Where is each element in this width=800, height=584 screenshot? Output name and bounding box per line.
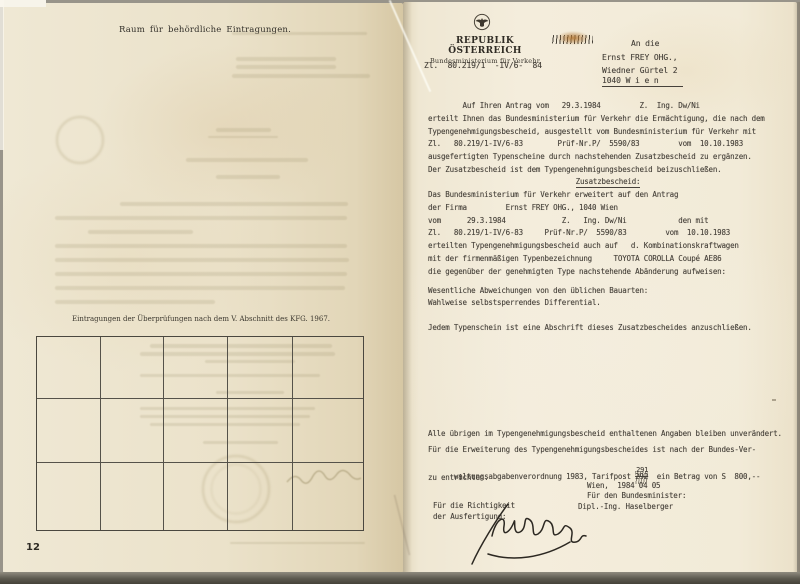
table-cell (101, 463, 164, 530)
bleed-through-line (55, 258, 349, 262)
deviation-heading: Wesentliche Abweichungen von den übliche… (428, 285, 648, 298)
scanner-edge (0, 0, 46, 7)
table-cell (164, 337, 228, 399)
table-cell (228, 463, 293, 530)
bleed-through-line (230, 542, 365, 544)
table-cell (101, 399, 164, 463)
body-line: Typengenehmigungsbescheid, ausgestellt v… (428, 126, 765, 139)
closing-line: Alle übrigen im Typengenehmigungsbeschei… (428, 428, 782, 441)
bleed-through-stamp (56, 116, 104, 164)
closing-line: zu entrichten. (428, 472, 488, 485)
bleed-through-line (236, 57, 336, 61)
decree-paragraph: Das Bundesministerium für Verkehr erweit… (428, 189, 739, 279)
right-page: REPUBLIK ÖSTERREICH Bundesministerium fü… (403, 2, 797, 576)
body-line: der Firma Ernst FREY OHG., 1040 Wien (428, 202, 739, 215)
bleed-through-line (216, 175, 280, 179)
inspection-table (36, 336, 364, 531)
table-cell (37, 337, 101, 399)
table-cell (37, 463, 101, 530)
body-line: Auf Ihren Antrag vom 29.3.1984 Z. Ing. D… (428, 100, 765, 113)
bleed-through-line (88, 230, 193, 234)
table-cell (293, 399, 363, 463)
page-right-edge-shadow (793, 2, 800, 574)
body-line: Zl. 80.219/1-IV/6-83 Prüf-Nr.P/ 5590/83 … (428, 138, 765, 151)
body-line: mit der firmenmäßigen Typenbezeichnung T… (428, 253, 739, 266)
minister-name: Dipl.-Ing. Haselberger (578, 501, 673, 514)
body-line: erteilten Typengenehmigungsbescheid auch… (428, 240, 739, 253)
body-line: Der Zusatzbescheid ist dem Typengenehmig… (428, 164, 765, 177)
bleed-through-line (55, 286, 345, 290)
bleed-through-line (236, 65, 336, 69)
deviation-text: Wahlweise selbstsperrendes Differential. (428, 297, 601, 310)
table-cell (101, 337, 164, 399)
recipient-city: 1040 W i e n (602, 75, 683, 88)
recipient-salutation: An die (631, 38, 659, 51)
bleed-through-line (120, 202, 348, 206)
body-line: Das Bundesministerium für Verkehr erweit… (428, 189, 739, 202)
body-line: die gegenüber der genehmigten Type nachs… (428, 266, 739, 279)
fee-corrected-value: 291 (636, 464, 648, 477)
bleed-through-line (208, 136, 278, 138)
spine-crease (403, 2, 412, 576)
body-line: erteilt Ihnen das Bundesministerium für … (428, 113, 765, 126)
section-heading: Zusatzbescheid: (428, 176, 788, 189)
page-number: 12 (26, 542, 40, 553)
copy-note: Jedem Typenschein ist eine Abschrift die… (428, 322, 752, 335)
scanner-edge (0, 0, 4, 150)
file-number: Zl. 80.219/1 -IV/6- 84 (424, 60, 542, 73)
fee-suffix: ein Betrag von S 800,-- (648, 472, 760, 481)
handwritten-signature (458, 498, 588, 566)
left-page: Raum für behördliche Eintragungen. (3, 3, 403, 573)
scanned-booklet: Raum für behördliche Eintragungen. (0, 0, 800, 584)
bleed-through-line (232, 74, 370, 78)
bleed-through-line (55, 300, 215, 304)
recipient-name: Ernst FREY OHG., (602, 52, 677, 65)
bleed-through-line (55, 216, 347, 220)
bleed-through-line (186, 158, 308, 162)
table-cell (228, 399, 293, 463)
body-line: ausgefertigten Typenscheine durch nachst… (428, 151, 765, 164)
closing-line: Für die Erweiterung des Typengenehmigung… (428, 444, 756, 457)
authority-title: REPUBLIK ÖSTERREICH (424, 36, 546, 56)
rust-stain (556, 31, 590, 45)
table-cell (164, 399, 228, 463)
table-cell (228, 337, 293, 399)
body-line: Zl. 80.219/1-IV/6-83 Prüf-Nr.P/ 5590/83 … (428, 227, 739, 240)
bleed-through-line (232, 32, 367, 35)
body-line: vom 29.3.1984 Z. Ing. Dw/Ni den mit (428, 215, 739, 228)
table-cell (293, 337, 363, 399)
table-cell (164, 463, 228, 530)
inspection-table-caption: Eintragungen der Überprüfungen nach dem … (60, 315, 342, 323)
paper-speck (772, 399, 776, 401)
bleed-through-line (55, 272, 347, 276)
booklet-bottom-edge (0, 572, 800, 584)
intro-paragraph: Auf Ihren Antrag vom 29.3.1984 Z. Ing. D… (428, 100, 765, 177)
table-cell (293, 463, 363, 530)
bleed-through-line (55, 244, 347, 248)
austrian-eagle-emblem (472, 13, 492, 31)
table-cell (37, 399, 101, 463)
bleed-through-line (216, 128, 271, 132)
